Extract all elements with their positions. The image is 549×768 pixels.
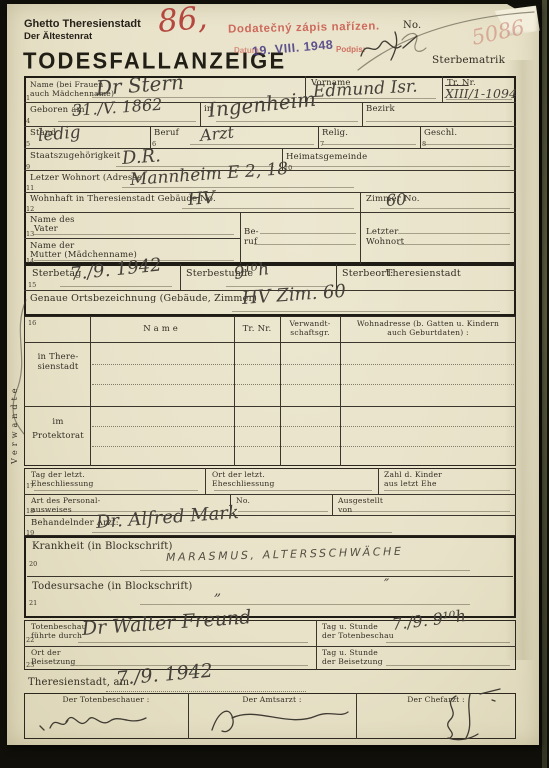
- dotted-row-line: [92, 446, 514, 447]
- grid-line: [24, 192, 516, 193]
- dotted-row-line: [92, 426, 514, 427]
- grid-line: [24, 646, 516, 647]
- grid-line: [240, 212, 241, 264]
- grid-line: [27, 576, 513, 577]
- paper-crease: [505, 60, 535, 660]
- group-label-line: Protektorat: [32, 431, 84, 441]
- sterbematrik-label: Sterbematrik: [432, 55, 505, 67]
- rule-line: [322, 144, 416, 145]
- col-header-wohnadresse: Wohnadresse (b. Gatten u. Kindernauch Ge…: [340, 320, 516, 337]
- group-label-line: sienstadt: [37, 362, 78, 372]
- field-number: 22: [26, 636, 34, 644]
- field-number: 1: [26, 94, 30, 102]
- field-number: 5: [26, 140, 30, 148]
- relig-label: Relig.: [322, 129, 348, 139]
- rule-line: [34, 234, 234, 235]
- todesursache-ditto-2: ″: [384, 577, 389, 593]
- grid-line: [362, 102, 363, 126]
- group-protektorat-label: imProtektorat: [30, 416, 86, 443]
- grid-line: [24, 342, 516, 343]
- grid-line: [180, 264, 181, 290]
- stand-value: ledig: [37, 122, 81, 146]
- grid-line: [316, 620, 317, 670]
- scanned-death-notice-form: Ghetto Theresienstadt Der Ältestenrat TO…: [0, 0, 549, 768]
- rule-line: [386, 665, 510, 666]
- beruf-mid-label-2: ruf: [244, 238, 257, 248]
- staat-label: Staatszugehörigkeit: [30, 152, 121, 162]
- grid-line: [318, 126, 319, 148]
- rule-line: [232, 311, 500, 312]
- rule-line: [92, 532, 392, 533]
- grid-line: [378, 468, 379, 494]
- grid-line: [234, 316, 235, 466]
- dotted-row-line: [92, 364, 514, 365]
- handwritten-number-red: 86,: [156, 0, 208, 40]
- group-label-line: im: [52, 417, 63, 427]
- field-number: 23: [26, 661, 34, 669]
- rule-line: [214, 490, 372, 491]
- rule-line: [106, 691, 306, 692]
- rule-line: [60, 286, 172, 287]
- rule-line: [260, 233, 356, 234]
- grid-line: [280, 316, 281, 466]
- bs-zeit-label-2: der Beisetzung: [322, 658, 383, 667]
- grid-line: [24, 238, 240, 239]
- field-number: 15: [28, 281, 36, 289]
- todesursache-label: Todesursache (in Blockschrift): [32, 581, 193, 592]
- group-label-line: in There-: [38, 352, 79, 362]
- footer-place-label: Theresienstadt, am: [28, 677, 129, 688]
- heimat-label: Heimatsgemeinde: [286, 153, 367, 163]
- rule-line: [140, 604, 470, 605]
- rule-line: [190, 144, 314, 145]
- chefarzt-signature: [420, 684, 510, 742]
- rule-line: [380, 208, 510, 209]
- tb-zeit-label-2: der Totenbeschau: [322, 632, 394, 641]
- pencil-flourish-mark: [8, 296, 36, 438]
- ehe-ort-label-2: Eheschliessung: [212, 480, 275, 489]
- amtsarzt-signature: [204, 698, 354, 738]
- rule-line: [254, 244, 356, 245]
- col-header-trnr: Tr. Nr.: [234, 325, 280, 335]
- grid-line: [360, 192, 361, 212]
- geschl-label: Geschl.: [424, 129, 457, 139]
- grid-line: [200, 102, 201, 126]
- rule-line: [216, 121, 358, 122]
- rule-line: [140, 570, 470, 571]
- rule-line: [34, 490, 198, 491]
- rule-line: [122, 187, 354, 188]
- field-number: 17: [26, 482, 34, 490]
- todesursache-ditto-1: „: [214, 583, 221, 599]
- rule-line: [78, 642, 308, 643]
- rule-line: [446, 99, 512, 100]
- col-header-line: auch Geburtdaten) :: [387, 328, 469, 337]
- group-theresienstadt-label: in There-sienstadt: [30, 353, 86, 372]
- rule-line: [398, 233, 510, 234]
- grid-line: [420, 126, 421, 148]
- grid-line: [442, 76, 443, 102]
- beruf-value: Arzt: [199, 122, 235, 144]
- totenbeschau-label-2: führte durch: [31, 632, 82, 641]
- field-number: 12: [26, 205, 34, 213]
- grid-line: [24, 406, 516, 407]
- ehe-tag-label-2: Eheschliessung: [31, 480, 94, 489]
- rule-line: [310, 98, 436, 99]
- krankheit-label: Krankheit (in Blockschrift): [32, 541, 173, 552]
- field-number: 21: [29, 599, 37, 607]
- col-header-name: Name: [90, 325, 234, 335]
- dotted-row-line: [92, 384, 514, 385]
- field-number: 11: [26, 184, 34, 192]
- grid-line: [360, 212, 361, 264]
- rule-line: [366, 121, 512, 122]
- rule-line: [286, 166, 510, 167]
- rule-line: [386, 642, 510, 643]
- col-header-verwandtschaft: Verwandt-schaftsgr.: [280, 320, 340, 337]
- rule-line: [238, 511, 328, 512]
- grid-line: [24, 148, 516, 149]
- org-line-1: Ghetto Theresienstadt: [24, 18, 141, 30]
- kinder-label-2: aus letzt Ehe: [384, 480, 437, 489]
- col-header-line: schaftsgr.: [290, 328, 329, 337]
- rule-line: [398, 244, 510, 245]
- field-number: 20: [29, 560, 37, 568]
- sterbeort-value: Theresienstadt: [386, 269, 461, 280]
- field-number: 9: [26, 163, 30, 171]
- scan-edge: [542, 0, 547, 768]
- grid-line: [24, 212, 516, 213]
- grid-line: [90, 316, 91, 466]
- rule-line: [182, 208, 354, 209]
- grid-line: [24, 494, 516, 495]
- gebaeude-no-value: HV: [187, 188, 216, 210]
- field-number: 14: [26, 257, 34, 265]
- totenbeschauer-signature: [36, 702, 156, 738]
- bezirk-label: Bezirk: [366, 105, 395, 115]
- field-number: 19: [26, 529, 34, 537]
- ortsbezeichnung-label: Genaue Ortsbezeichnung (Gebäude, Zimmer): [30, 294, 257, 305]
- grid-line: [340, 316, 341, 466]
- grid-line: [150, 126, 151, 148]
- grid-line: [24, 126, 516, 127]
- beruf-label: Beruf: [154, 129, 179, 139]
- field-number: 4: [26, 117, 30, 125]
- rule-line: [424, 144, 512, 145]
- org-line-2: Der Ältestenrat: [24, 31, 92, 42]
- grid-line: [332, 494, 333, 515]
- rule-line: [340, 511, 510, 512]
- wohnort-label: Letzer Wohnort (Adresse): [30, 174, 146, 184]
- grid-line: [205, 468, 206, 494]
- zimmer-no-value: 60: [385, 190, 407, 210]
- letzter-wohnort-label-2: Wohnort: [366, 238, 404, 248]
- rule-line: [384, 490, 510, 491]
- beisetzung-label-2: Beisetzung: [31, 658, 76, 667]
